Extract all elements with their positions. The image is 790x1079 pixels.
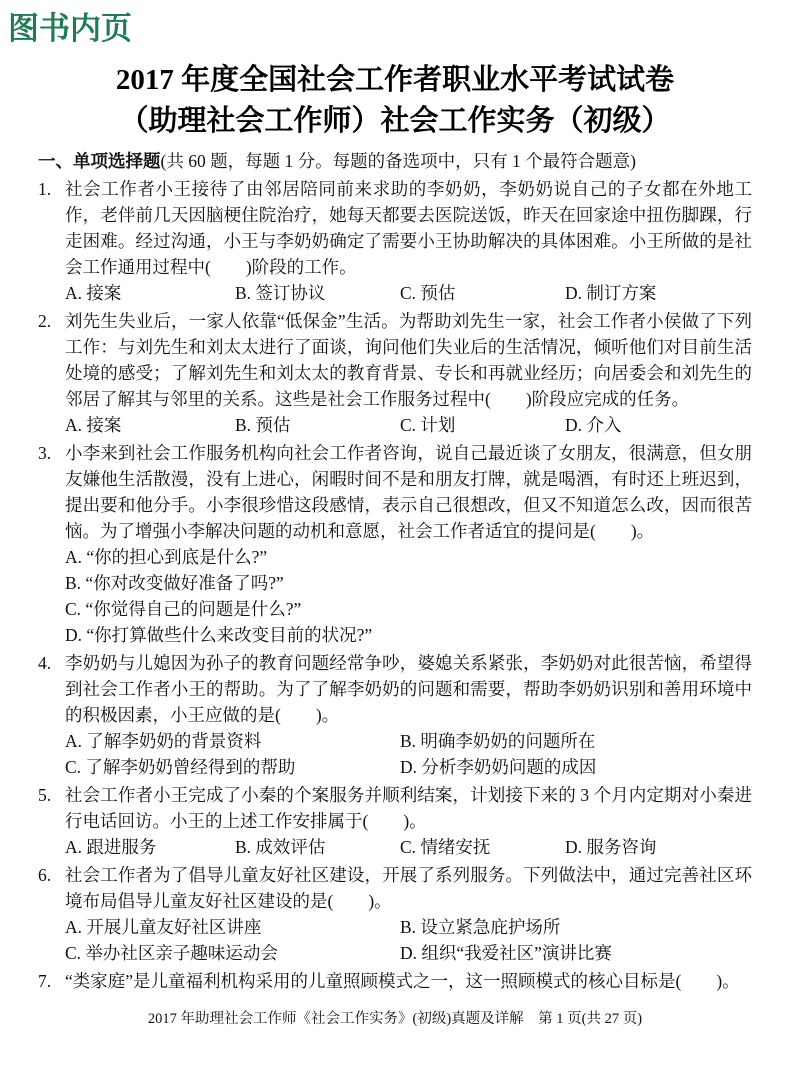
option-c: C. 举办社区亲子趣味运动会: [65, 940, 400, 966]
option-a: A. “你的担心到底是什么?”: [65, 544, 752, 570]
option-d: D. 分析李奶奶问题的成因: [400, 754, 752, 780]
question-text: 社会工作者为了倡导儿童友好社区建设，开展了系列服务。下列做法中，通过完善社区环境…: [65, 862, 752, 914]
option-b: B. 设立紧急庇护场所: [400, 914, 752, 940]
options-grid: A. 了解李奶奶的背景资料 B. 明确李奶奶的问题所在 C. 了解李奶奶曾经得到…: [65, 728, 752, 780]
question-number: 2.: [38, 308, 65, 334]
options-row: A. 接案 B. 预估 C. 计划 D. 介入: [65, 412, 752, 438]
question-4: 4. 李奶奶与儿媳因为孙子的教育问题经常争吵，婆媳关系紧张，李奶奶对此很苦恼，希…: [38, 650, 752, 780]
option-a: A. 跟进服务: [65, 834, 235, 860]
page-footer: 2017 年助理社会工作师《社会工作实务》(初级)真题及详解 第 1 页(共 2…: [0, 1008, 790, 1030]
question-text: 社会工作者小王完成了小秦的个案服务并顺利结案，计划接下来的 3 个月内定期对小秦…: [65, 782, 752, 834]
options-grid: A. 开展儿童友好社区讲座 B. 设立紧急庇护场所 C. 举办社区亲子趣味运动会…: [65, 914, 752, 966]
exam-title: 2017 年度全国社会工作者职业水平考试试卷 （助理社会工作师）社会工作实务（初…: [0, 60, 790, 142]
question-text: “类家庭”是儿童福利机构采用的儿童照顾模式之一，这一照顾模式的核心目标是( )。: [65, 968, 752, 994]
book-page: 图书内页 2017 年度全国社会工作者职业水平考试试卷 （助理社会工作师）社会工…: [0, 0, 790, 1079]
exam-title-line2: （助理社会工作师）社会工作实务（初级）: [0, 101, 790, 142]
section-heading-title: 一、单项选择题: [38, 151, 161, 171]
options-row: A. 跟进服务 B. 成效评估 C. 情绪安抚 D. 服务咨询: [65, 834, 752, 860]
option-c: C. 情绪安抚: [400, 834, 565, 860]
option-b: B. 签订协议: [235, 280, 400, 306]
option-a: A. 接案: [65, 280, 235, 306]
question-text: 刘先生失业后，一家人依靠“低保金”生活。为帮助刘先生一家，社会工作者小侯做了下列…: [65, 308, 752, 412]
option-d: D. 服务咨询: [565, 834, 752, 860]
option-d: D. 制订方案: [565, 280, 752, 306]
option-a: A. 接案: [65, 412, 235, 438]
option-b: B. “你对改变做好准备了吗?”: [65, 570, 752, 596]
question-text: 社会工作者小王接待了由邻居陪同前来求助的李奶奶，李奶奶说自己的子女都在外地工作，…: [65, 176, 752, 280]
option-a: A. 开展儿童友好社区讲座: [65, 914, 400, 940]
question-number: 5.: [38, 782, 65, 808]
question-3: 3. 小李来到社会工作服务机构向社会工作者咨询，说自己最近谈了女朋友，很满意，但…: [38, 440, 752, 648]
option-b: B. 明确李奶奶的问题所在: [400, 728, 752, 754]
options-row: A. 接案 B. 签订协议 C. 预估 D. 制订方案: [65, 280, 752, 306]
question-text: 小李来到社会工作服务机构向社会工作者咨询，说自己最近谈了女朋友，很满意，但女朋友…: [65, 440, 752, 544]
question-5: 5. 社会工作者小王完成了小秦的个案服务并顺利结案，计划接下来的 3 个月内定期…: [38, 782, 752, 860]
exam-content: 一、单项选择题(共 60 题，每题 1 分。每题的备选项中，只有 1 个最符合题…: [38, 148, 752, 994]
option-c: C. 计划: [400, 412, 565, 438]
option-c: C. 了解李奶奶曾经得到的帮助: [65, 754, 400, 780]
option-d: D. 介入: [565, 412, 752, 438]
question-2: 2. 刘先生失业后，一家人依靠“低保金”生活。为帮助刘先生一家，社会工作者小侯做…: [38, 308, 752, 438]
options-list: A. “你的担心到底是什么?” B. “你对改变做好准备了吗?” C. “你觉得…: [65, 544, 752, 648]
option-d: D. “你打算做些什么来改变目前的状况?”: [65, 622, 752, 648]
option-c: C. 预估: [400, 280, 565, 306]
option-b: B. 成效评估: [235, 834, 400, 860]
question-number: 3.: [38, 440, 65, 466]
section-heading: 一、单项选择题(共 60 题，每题 1 分。每题的备选项中，只有 1 个最符合题…: [38, 148, 752, 174]
option-b: B. 预估: [235, 412, 400, 438]
question-number: 4.: [38, 650, 65, 676]
page-type-label: 图书内页: [8, 12, 790, 46]
question-text: 李奶奶与儿媳因为孙子的教育问题经常争吵，婆媳关系紧张，李奶奶对此很苦恼，希望得到…: [65, 650, 752, 728]
option-a: A. 了解李奶奶的背景资料: [65, 728, 400, 754]
section-heading-note: (共 60 题，每题 1 分。每题的备选项中，只有 1 个最符合题意): [161, 151, 636, 171]
question-number: 7.: [38, 968, 65, 994]
question-number: 6.: [38, 862, 65, 888]
question-1: 1. 社会工作者小王接待了由邻居陪同前来求助的李奶奶，李奶奶说自己的子女都在外地…: [38, 176, 752, 306]
question-7: 7. “类家庭”是儿童福利机构采用的儿童照顾模式之一，这一照顾模式的核心目标是(…: [38, 968, 752, 994]
question-6: 6. 社会工作者为了倡导儿童友好社区建设，开展了系列服务。下列做法中，通过完善社…: [38, 862, 752, 966]
question-number: 1.: [38, 176, 65, 202]
exam-title-line1: 2017 年度全国社会工作者职业水平考试试卷: [0, 60, 790, 101]
option-c: C. “你觉得自己的问题是什么?”: [65, 596, 752, 622]
option-d: D. 组织“我爱社区”演讲比赛: [400, 940, 752, 966]
